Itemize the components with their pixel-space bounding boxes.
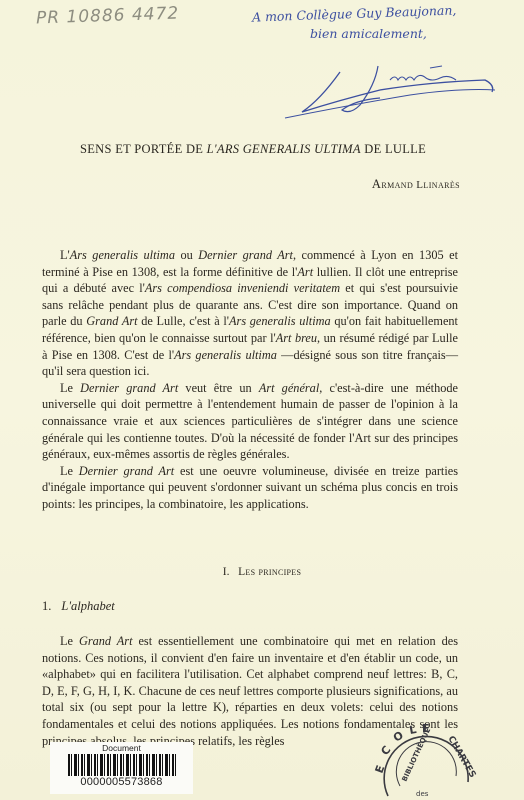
section-numeral: I. bbox=[223, 566, 230, 578]
subsection-heading: 1.L'alphabet bbox=[42, 599, 115, 614]
barcode-icon bbox=[68, 754, 176, 776]
section-title: Les principes bbox=[238, 566, 301, 578]
article-title: SENS ET PORTÉE DE L'ARS GENERALIS ULTIMA… bbox=[80, 142, 460, 157]
handwritten-dedication: A mon Collègue Guy Beaujonan, bien amica… bbox=[252, 4, 456, 44]
subsection-title: L'alphabet bbox=[61, 599, 114, 613]
barcode-number: 0000005573868 bbox=[50, 776, 193, 788]
library-barcode-label: Document 0000005573868 bbox=[50, 742, 193, 794]
document-page: PR 10886 4472 A mon Collègue Guy Beaujon… bbox=[0, 0, 524, 800]
subsection-number: 1. bbox=[42, 599, 51, 613]
paragraph: Le Dernier grand Art veut être un Art gé… bbox=[42, 380, 458, 463]
handwritten-shelfmark: PR 10886 4472 bbox=[36, 4, 180, 29]
title-part-2: DE LULLE bbox=[361, 142, 426, 156]
svg-text:E: E bbox=[373, 764, 388, 776]
svg-text:des: des bbox=[416, 790, 429, 798]
dedication-line-2: bien amicalement, bbox=[252, 24, 456, 44]
paragraph: Le Dernier grand Art est une oeuvre volu… bbox=[42, 463, 458, 513]
signature-icon bbox=[280, 60, 500, 120]
introduction-text: L'Ars generalis ultima ou Dernier grand … bbox=[42, 247, 458, 513]
svg-text:L: L bbox=[408, 723, 417, 737]
library-stamp-icon: E C O L E CHARTES BIBLIOTHÈQUE des bbox=[368, 716, 478, 800]
title-part-1: SENS ET PORTÉE DE bbox=[80, 142, 207, 156]
author-name: Armand Llinarès bbox=[372, 177, 460, 192]
paragraph: L'Ars generalis ultima ou Dernier grand … bbox=[42, 247, 458, 380]
barcode-label-text: Document bbox=[50, 743, 193, 753]
title-part-italic: L'ARS GENERALIS ULTIMA bbox=[207, 142, 361, 156]
section-heading: I. Les principes bbox=[0, 566, 524, 578]
svg-text:CHARTES: CHARTES bbox=[445, 735, 477, 780]
